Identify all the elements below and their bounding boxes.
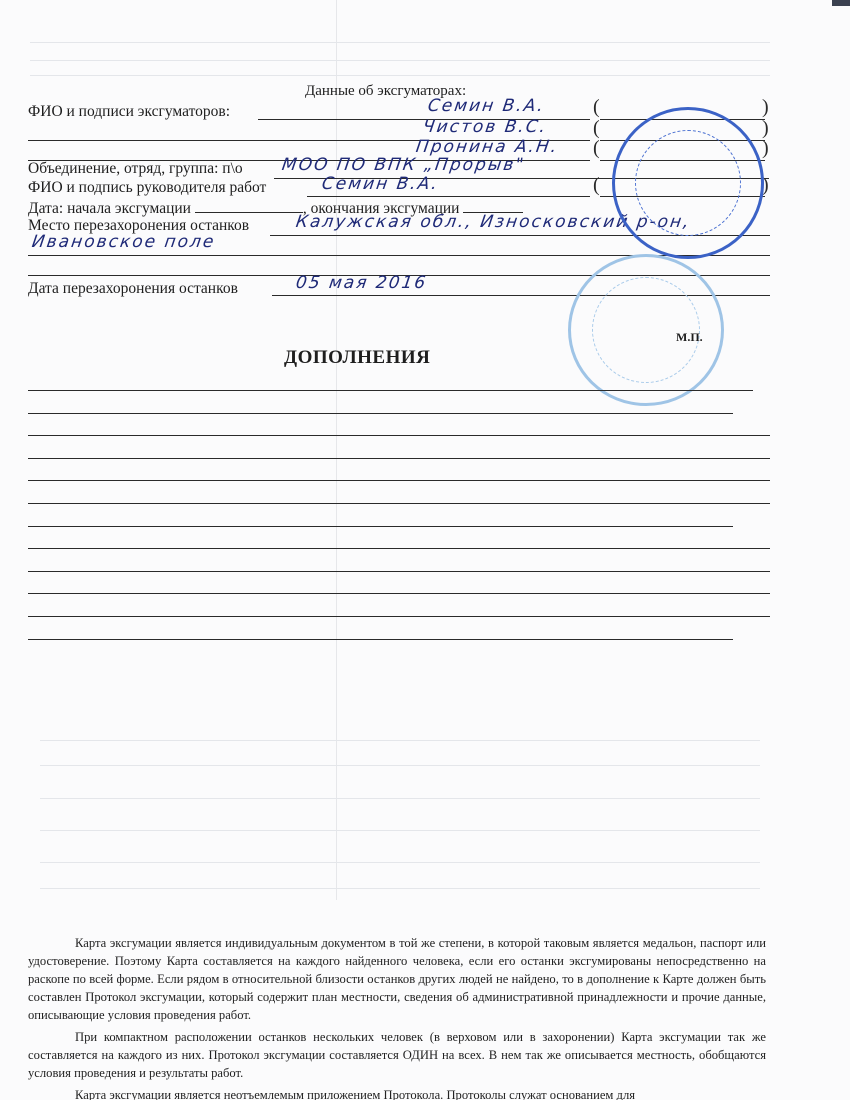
instruction-paragraph-1: Карта эксгумации является индивидуальным… bbox=[28, 934, 766, 1024]
additions-blank-line[interactable] bbox=[28, 571, 770, 572]
additions-blank-line[interactable] bbox=[28, 526, 733, 527]
additions-blank-line[interactable] bbox=[28, 639, 733, 640]
document-page: Данные об эксгуматорах: ФИО и подписи эк… bbox=[0, 0, 850, 1100]
instruction-paragraph-3: Карта эксгумации является неотъемлемым п… bbox=[28, 1086, 766, 1100]
additions-blank-line[interactable] bbox=[28, 390, 753, 391]
additions-blank-line[interactable] bbox=[28, 616, 770, 617]
reburial-date-value: 05 мая 2016 bbox=[295, 273, 429, 293]
exhumers-label: ФИО и подписи эксгуматоров: bbox=[28, 103, 230, 121]
instruction-paragraph-2: При компактном расположении останков нес… bbox=[28, 1028, 766, 1082]
additions-blank-line[interactable] bbox=[28, 435, 770, 436]
additions-blank-line[interactable] bbox=[28, 480, 770, 481]
additions-blank-line[interactable] bbox=[28, 458, 770, 459]
date-end-field[interactable] bbox=[463, 198, 523, 213]
seal-place-label: М.П. bbox=[676, 330, 703, 345]
organization-stamp bbox=[612, 107, 764, 259]
reburial-date-label: Дата перезахоронения останков bbox=[28, 280, 238, 298]
additions-blank-line[interactable] bbox=[28, 413, 733, 414]
additions-blank-line[interactable] bbox=[28, 548, 770, 549]
association-label: Объединение, отряд, группа: п\о bbox=[28, 160, 243, 178]
leader-label: ФИО и подпись руководителя работ bbox=[28, 179, 266, 197]
reburial-place-line2: Ивановское поле bbox=[31, 232, 217, 252]
instructions-text: Карта эксгумации является индивидуальным… bbox=[28, 934, 766, 1100]
scan-edge bbox=[832, 0, 850, 6]
additions-blank-line[interactable] bbox=[28, 503, 770, 504]
exhumer-2-name: Чистов В.С. bbox=[422, 117, 549, 137]
date-start-field[interactable] bbox=[195, 198, 303, 213]
exhumer-3-name: Пронина А.Н. bbox=[415, 137, 560, 157]
additions-blank-line[interactable] bbox=[28, 593, 770, 594]
exhumer-1-name: Семин В.А. bbox=[427, 96, 547, 116]
association-value: МОО ПО ВПК „Прорыв" bbox=[281, 155, 527, 175]
leader-value: Семин В.А. bbox=[321, 174, 441, 194]
additions-title: ДОПОЛНЕНИЯ bbox=[284, 347, 430, 369]
